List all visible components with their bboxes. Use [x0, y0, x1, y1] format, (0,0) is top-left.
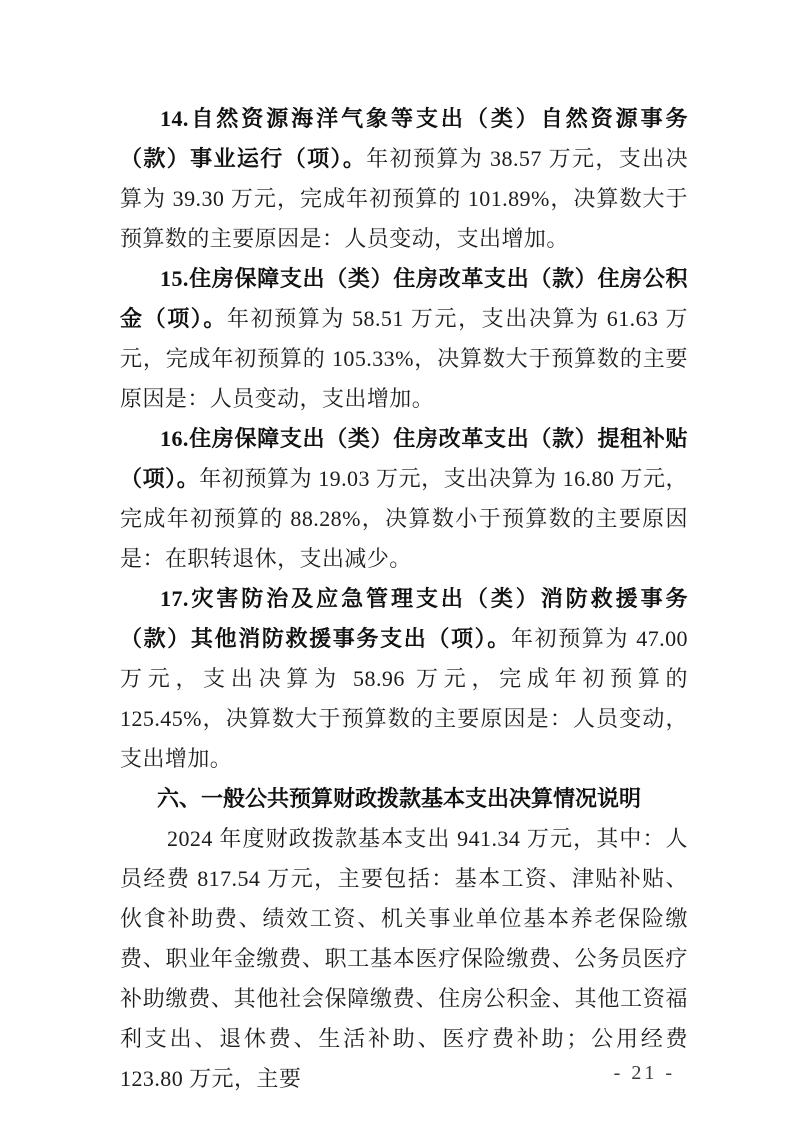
paragraph-item-14: 14.自然资源海洋气象等支出（类）自然资源事务（款）事业运行（项）。年初预算为 … — [120, 99, 688, 259]
paragraph-item-16: 16.住房保障支出（类）住房改革支出（款）提租补贴（项）。年初预算为 19.03… — [120, 419, 688, 579]
paragraph-item-15: 15.住房保障支出（类）住房改革支出（款）住房公积金（项）。年初预算为 58.5… — [120, 259, 688, 419]
paragraph-16-body: 年初预算为 19.03 万元，支出决算为 16.80 万元，完成年初预算的 88… — [120, 466, 688, 571]
section-six-heading: 六、一般公共预算财政拨款基本支出决算情况说明 — [120, 779, 688, 819]
document-content: 14.自然资源海洋气象等支出（类）自然资源事务（款）事业运行（项）。年初预算为 … — [120, 99, 688, 1099]
document-page: 14.自然资源海洋气象等支出（类）自然资源事务（款）事业运行（项）。年初预算为 … — [0, 0, 793, 1122]
paragraph-item-17: 17.灾害防治及应急管理支出（类）消防救援事务（款）其他消防救援事务支出（项）。… — [120, 579, 688, 779]
page-number: - 21 - — [614, 1062, 675, 1085]
section-six-paragraph: 2024 年度财政拨款基本支出 941.34 万元，其中：人员经费 817.54… — [120, 819, 688, 1099]
document-page-background: { "content": { "numbered_paragraphs": [ … — [0, 0, 793, 1122]
